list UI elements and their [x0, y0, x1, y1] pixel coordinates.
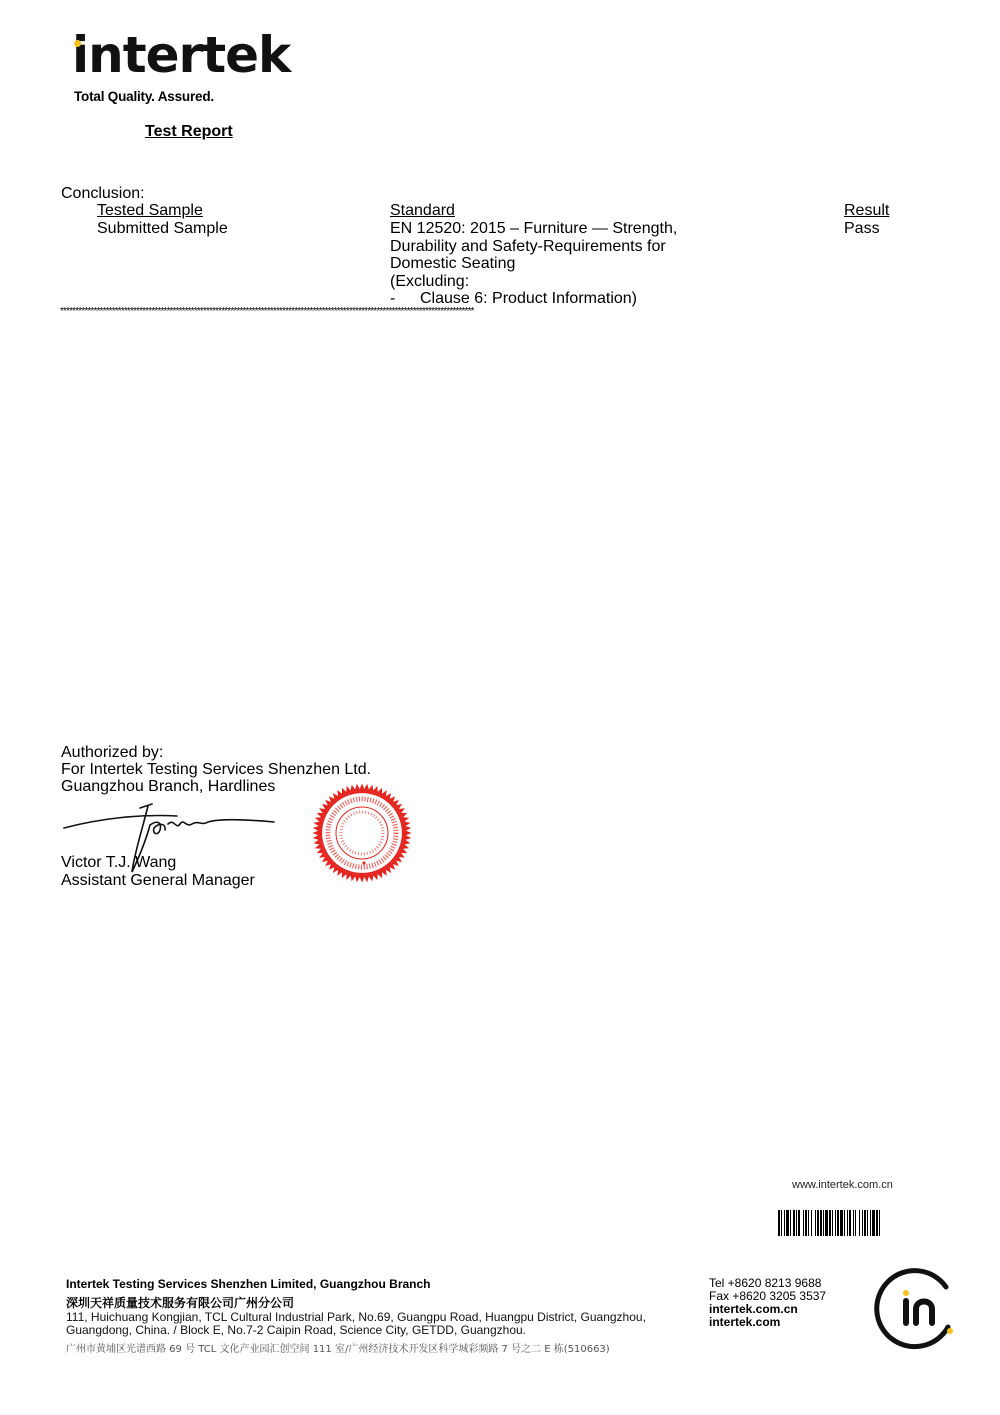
- conclusion-label: Conclusion:: [61, 185, 145, 203]
- standard-line: Durability and Safety-Requirements for: [390, 238, 677, 256]
- page-title: Test Report: [145, 123, 233, 141]
- separator-line: ****************************************…: [60, 306, 890, 317]
- signatory-title: Assistant General Manager: [61, 872, 255, 890]
- logo-accent-dot-icon: [74, 40, 81, 47]
- authorized-by-label: Authorized by:: [61, 744, 163, 762]
- standard-line: EN 12520: 2015 – Furniture — Strength,: [390, 220, 677, 238]
- intertek-logo: intertek: [72, 30, 290, 80]
- exclusion-item: -Clause 6: Product Information): [390, 290, 677, 308]
- exclusion-bullet: -: [390, 290, 420, 308]
- footer-company-cn: 深圳天祥质量技术服务有限公司广州分公司: [66, 1294, 294, 1311]
- result-value: Pass: [844, 220, 880, 238]
- authorized-company: For Intertek Testing Services Shenzhen L…: [61, 761, 371, 779]
- signatory-name: Victor T.J. Wang: [61, 854, 176, 872]
- standard-line: (Excluding:: [390, 273, 677, 291]
- logo-tagline: Total Quality. Assured.: [74, 89, 214, 104]
- footer-address-cn: 广州市黄埔区光谱西路 69 号 TCL 文化产业园汇创空间 111 室/广州经济…: [66, 1340, 610, 1355]
- column-header-standard: Standard: [390, 202, 455, 220]
- sample-value: Submitted Sample: [97, 220, 228, 238]
- standard-value: EN 12520: 2015 – Furniture — Strength, D…: [390, 220, 677, 308]
- exclusion-text: Clause 6: Product Information): [420, 290, 637, 307]
- footer-address: 111, Huichuang Kongjian, TCL Cultural In…: [66, 1311, 646, 1337]
- address-line: Guangdong, China. / Block E, No.7-2 Caip…: [66, 1324, 646, 1337]
- column-header-result: Result: [844, 202, 889, 220]
- website-link-cn[interactable]: www.intertek.com.cn: [792, 1179, 893, 1191]
- footer-contact: Tel +8620 8213 9688 Fax +8620 3205 3537 …: [709, 1277, 826, 1329]
- company-seal-stamp: [312, 783, 412, 883]
- intertek-in-logo-icon: [872, 1265, 962, 1350]
- standard-line: Domestic Seating: [390, 255, 677, 273]
- barcode: [778, 1210, 941, 1236]
- footer-company-en: Intertek Testing Services Shenzhen Limit…: [66, 1277, 431, 1291]
- column-header-sample: Tested Sample: [97, 202, 203, 220]
- authorized-branch: Guangzhou Branch, Hardlines: [61, 778, 275, 796]
- website-link[interactable]: intertek.com: [709, 1316, 826, 1329]
